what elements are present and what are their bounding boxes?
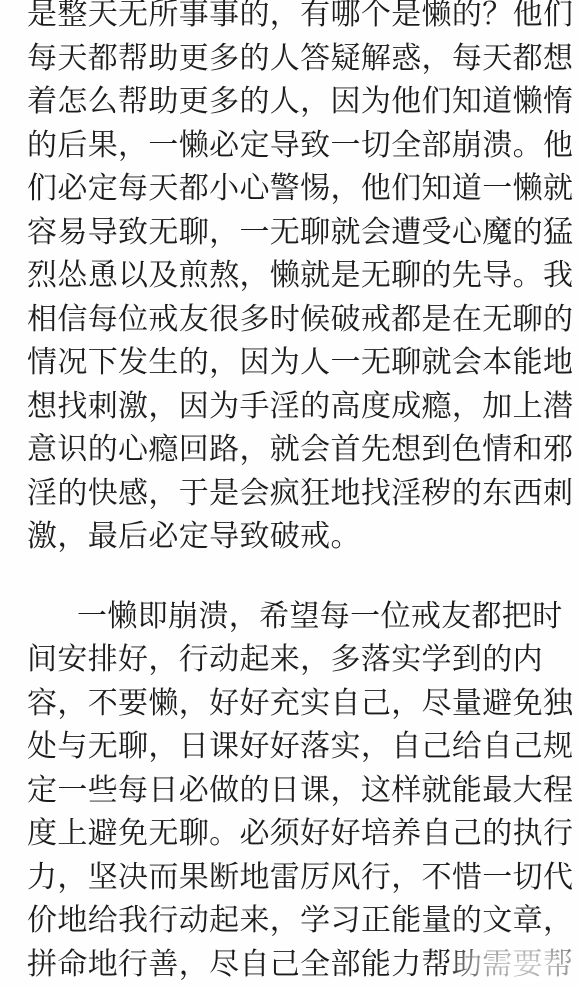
text-line: 定一些每日必做的日课，这样就能最大程 — [27, 769, 580, 813]
text-line: 处与无聊，日课好好落实，自己给自己规 — [27, 725, 580, 769]
text-line: 一懒即崩溃，希望每一位戒友都把时 — [27, 595, 580, 639]
text-line: 着怎么帮助更多的人，因为他们知道懒惰 — [27, 80, 580, 124]
text-line: 淫的快感，于是会疯狂地找淫秽的东西刺 — [27, 472, 580, 516]
text-line: 烈怂恿以及煎熬，懒就是无聊的先导。我 — [27, 254, 580, 298]
text-line: 价地给我行动起来，学习正能量的文章， — [27, 899, 580, 943]
text-line: 情况下发生的，因为人一无聊就会本能地 — [27, 341, 580, 385]
text-line: 每天都帮助更多的人答疑解惑，每天都想 — [27, 37, 580, 81]
text-line: 度上避免无聊。必须好好培养自己的执行 — [27, 812, 580, 856]
text-line: 力，坚决而果断地雷厉风行，不惜一切代 — [27, 856, 580, 900]
text-line: 拼命地行善，尽自己全部能力帮助需要帮 — [27, 943, 580, 987]
text-line: 想找刺激，因为手淫的高度成瘾，加上潜 — [27, 385, 580, 429]
text-line: 意识的心瘾回路，就会首先想到色情和邪 — [27, 428, 580, 472]
paragraph-indented: 一懒即崩溃，希望每一位戒友都把时间安排好，行动起来，多落实学到的内容，不要懒，好… — [27, 595, 580, 987]
text-line: 容，不要懒，好好充实自己，尽量避免独 — [27, 682, 580, 726]
text-line: 们必定每天都小心警惕，他们知道一懒就 — [27, 167, 580, 211]
paragraph-continuation: 是整天无所事事的，有哪个是懒的？他们每天都帮助更多的人答疑解惑，每天都想着怎么帮… — [27, 0, 580, 559]
text-line: 相信每位戒友很多时候破戒都是在无聊的 — [27, 298, 580, 342]
text-line: 间安排好，行动起来，多落实学到的内 — [27, 638, 580, 682]
text-line: 是整天无所事事的，有哪个是懒的？他们 — [27, 0, 580, 37]
article-page: 是整天无所事事的，有哪个是懒的？他们每天都帮助更多的人答疑解惑，每天都想着怎么帮… — [27, 0, 580, 986]
text-line: 的后果，一懒必定导致一切全部崩溃。他 — [27, 124, 580, 168]
text-line: 激，最后必定导致破戒。 — [27, 515, 580, 559]
text-line: 容易导致无聊，一无聊就会遭受心魔的猛 — [27, 211, 580, 255]
